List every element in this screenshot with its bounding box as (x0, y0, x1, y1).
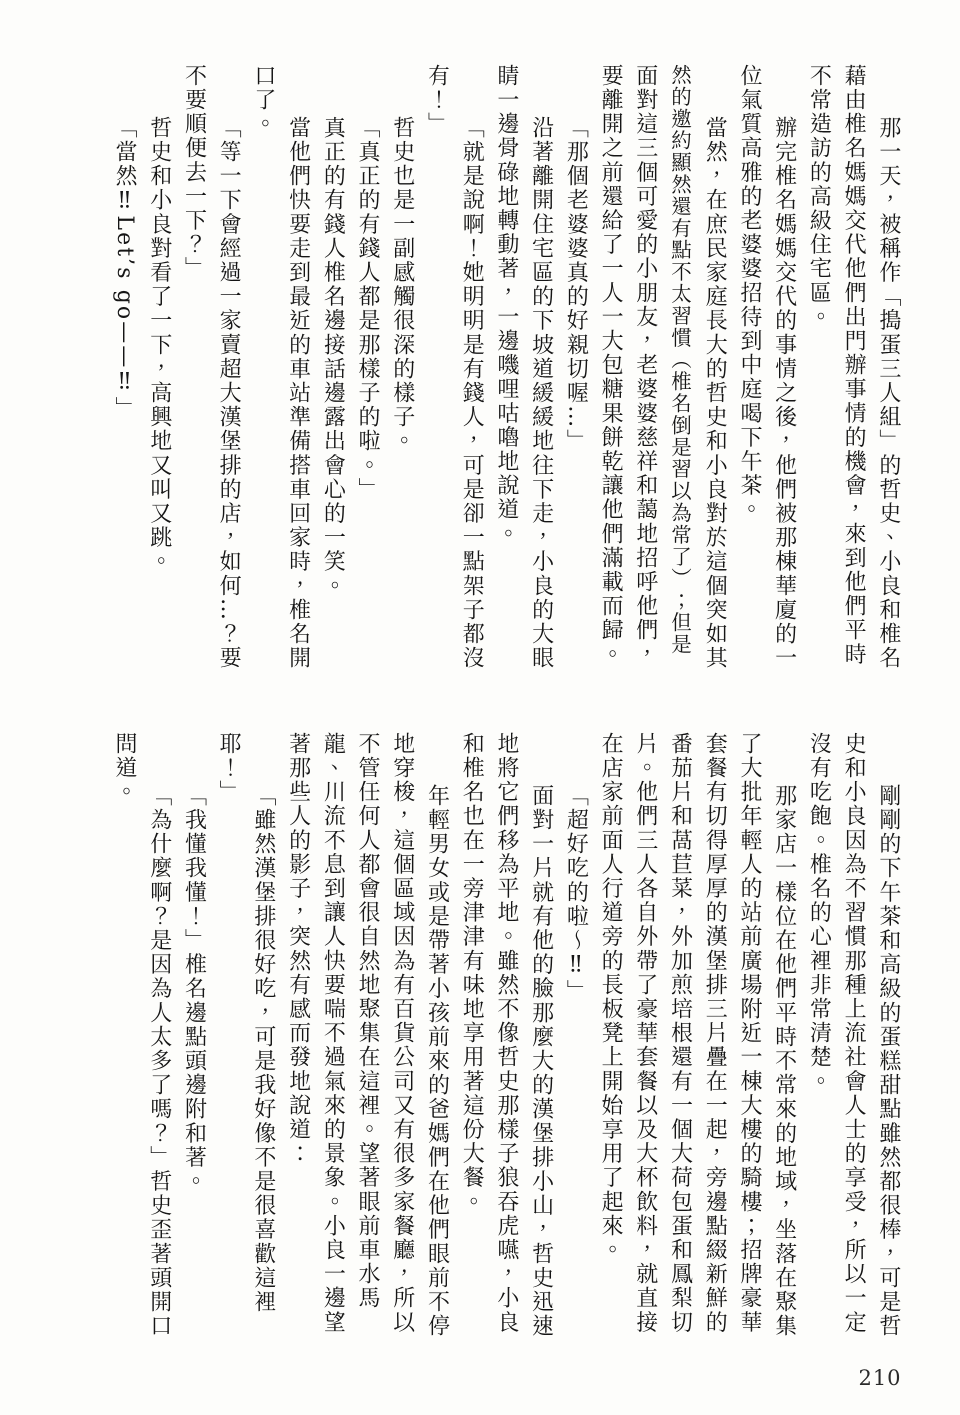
text-column: 辦完椎名媽媽交代的事情之後，他們被那棟華廈的一 (772, 64, 796, 720)
text-column: 睛一邊骨碌地轉動著，一邊嘰哩咕嚕地說道。 (494, 64, 518, 668)
text-column: 在店家前面人行道旁的長板凳上開始享用了起來。 (598, 732, 622, 1338)
text-column: 龍、川流不息到讓人快要喘不過氣來的景象。小良一邊望 (320, 732, 344, 1338)
text-column: 「雖然漢堡排很好吃，可是我好像不是很喜歡這裡 (251, 732, 275, 1390)
text-column: 了大批年輕人的站前廣場附近一棟大樓的騎樓；招牌豪華 (737, 732, 761, 1338)
text-column: 不常造訪的高級住宅區。 (806, 64, 830, 668)
text-column: 哲史也是一副感觸很深的樣子。 (390, 64, 414, 720)
text-column: 要離開之前還給了一人一大包糖果餅乾讓他們滿載而歸。 (598, 64, 622, 668)
text-column: 「當然‼Let’s go——‼」 (112, 64, 136, 720)
text-column: 沿著離開住宅區的下坡道緩緩地往下走，小良的大眼 (529, 64, 553, 720)
text-column: 真正的有錢人椎名邊接話邊露出會心的一笑。 (320, 64, 344, 720)
text-column: 不要順便去一下？」 (181, 64, 205, 668)
text-column: 有！」 (424, 64, 448, 668)
text-column: 不管任何人都會很自然地聚集在這裡。望著眼前車水馬 (355, 732, 379, 1338)
text-column: 當他們快要走到最近的車站準備搭車回家時，椎名開 (286, 64, 310, 720)
text-column: 和椎名也在一旁津津有味地享用著這份大餐。 (459, 732, 483, 1338)
text-block-bottom: 剛剛的下午茶和高級的蛋糕甜點雖然都很棒，可是哲史和小良因為不習慣那種上流社會人士… (112, 732, 900, 1338)
book-page: 那一天，被稱作「搗蛋三人組」的哲史、小良和椎名藉由椎名媽媽交代他們出門辦事情的機… (0, 0, 960, 1415)
text-column: 「我懂我懂！」椎名邊點頭邊附和著。 (181, 732, 205, 1390)
text-column: 然的邀約顯然還有點不太習慣（椎名倒是習以為常了）；但是 (668, 64, 692, 668)
text-column: 「為什麼啊？是因為人太多了嗎？」哲史歪著頭開口 (147, 732, 171, 1390)
text-block-top: 那一天，被稱作「搗蛋三人組」的哲史、小良和椎名藉由椎名媽媽交代他們出門辦事情的機… (112, 64, 900, 668)
text-column: 耶！」 (216, 732, 240, 1338)
text-column: 史和小良因為不習慣那種上流社會人士的享受，所以一定 (841, 732, 865, 1338)
text-column: 番茄片和萵苣菜，外加煎培根還有一個大荷包蛋和鳳梨切 (668, 732, 692, 1338)
text-column: 位氣質高雅的老婆婆招待到中庭喝下午茶。 (737, 64, 761, 668)
text-column: 年輕男女或是帶著小孩前來的爸媽們在他們眼前不停 (424, 732, 448, 1390)
page-number: 210 (852, 1366, 908, 1390)
text-column: 口了。 (251, 64, 275, 668)
text-column: 面對一片就有他的臉那麼大的漢堡排小山，哲史迅速 (529, 732, 553, 1390)
text-column: 「超好吃的啦～‼」 (563, 732, 587, 1390)
text-column: 片。他們三人各自外帶了豪華套餐以及大杯飲料，就直接 (633, 732, 657, 1338)
text-column: 當然，在庶民家庭長大的哲史和小良對於這個突如其 (702, 64, 726, 720)
text-column: 套餐有切得厚厚的漢堡排三片疊在一起，旁邊點綴新鮮的 (702, 732, 726, 1338)
text-column: 面對這三個可愛的小朋友，老婆婆慈祥和藹地招呼他們， (633, 64, 657, 668)
text-column: 藉由椎名媽媽交代他們出門辦事情的機會，來到他們平時 (841, 64, 865, 668)
text-column: 那一天，被稱作「搗蛋三人組」的哲史、小良和椎名 (876, 64, 900, 720)
text-column: 「真正的有錢人都是那樣子的啦。」 (355, 64, 379, 720)
text-column: 地穿梭，這個區域因為有百貨公司又有很多家餐廳，所以 (390, 732, 414, 1338)
text-column: 那家店一樣位在他們平時不常來的地域，坐落在聚集 (772, 732, 796, 1390)
text-column: 「那個老婆婆真的好親切喔…」 (563, 64, 587, 720)
text-column: 「等一下會經過一家賣超大漢堡排的店，如何…？要 (216, 64, 240, 720)
text-column: 哲史和小良對看了一下，高興地又叫又跳。 (147, 64, 171, 720)
text-column: 問道。 (112, 732, 136, 1338)
text-column: 「就是說啊！她明明是有錢人，可是卻一點架子都沒 (459, 64, 483, 720)
text-column: 沒有吃飽。椎名的心裡非常清楚。 (806, 732, 830, 1338)
text-column: 著那些人的影子，突然有感而發地說道： (286, 732, 310, 1338)
text-column: 剛剛的下午茶和高級的蛋糕甜點雖然都很棒，可是哲 (876, 732, 900, 1390)
text-column: 地將它們移為平地。雖然不像哲史那樣子狼吞虎嚥，小良 (494, 732, 518, 1338)
